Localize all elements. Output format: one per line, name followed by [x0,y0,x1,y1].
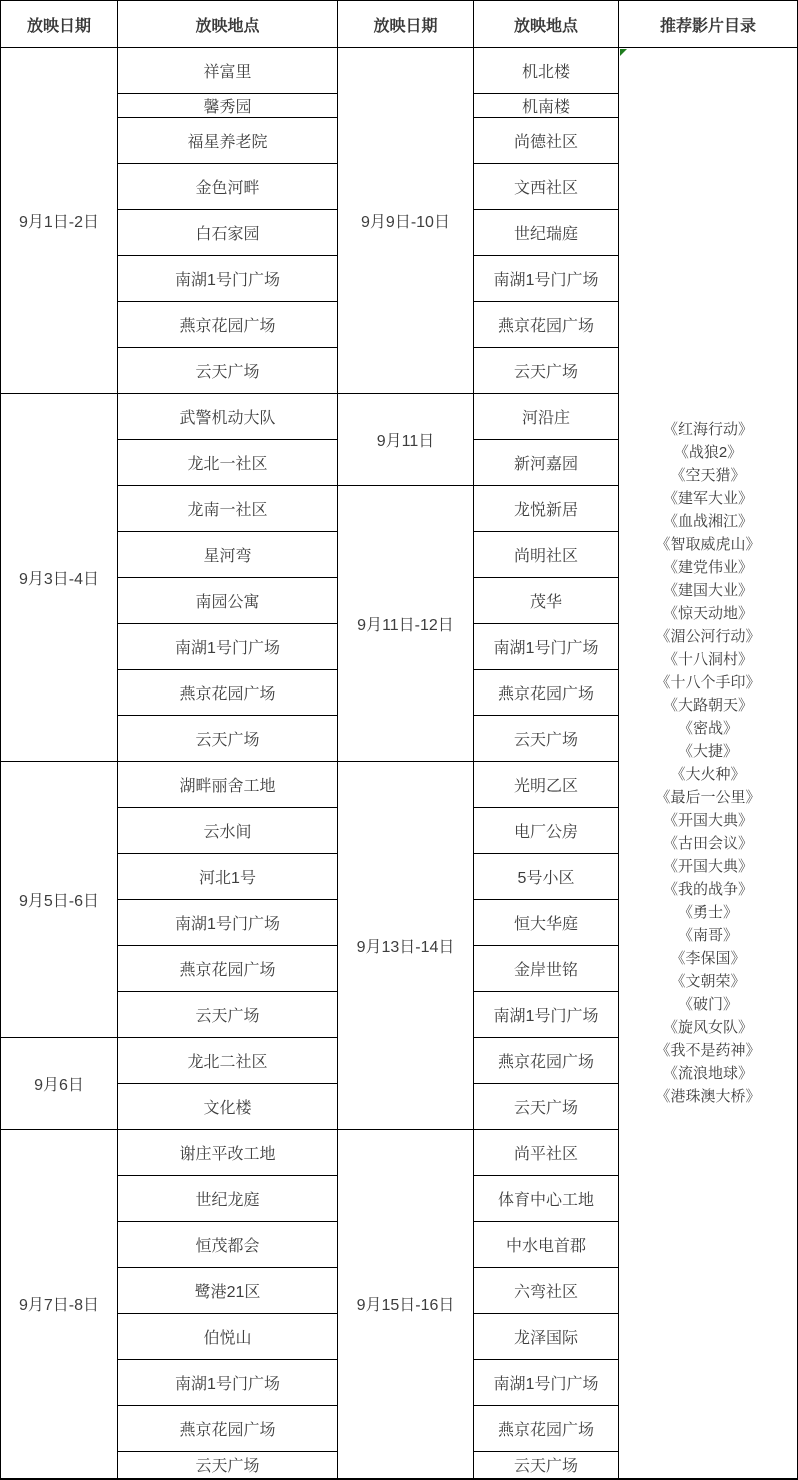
location-cell: 中水电首郡 [474,1222,619,1268]
location-cell: 云水间 [118,808,338,854]
location-cell: 六弯社区 [474,1268,619,1314]
location-cell: 云天广场 [118,992,338,1038]
movie-title: 《血战湘江》 [621,510,795,533]
movie-title: 《破门》 [621,993,795,1016]
movie-title: 《密战》 [621,717,795,740]
location-cell: 南湖1号门广场 [118,256,338,302]
table-row: 9月1日-2日 祥富里 9月9日-10日 机北楼 《红海行动》 《战狼2》 《空… [1,48,798,94]
location-cell: 燕京花园广场 [474,1406,619,1452]
location-cell: 尚明社区 [474,532,619,578]
movie-title: 《南哥》 [621,924,795,947]
location-cell: 南园公寓 [118,578,338,624]
location-cell: 世纪龙庭 [118,1176,338,1222]
location-cell: 光明乙区 [474,762,619,808]
location-cell: 湖畔丽舍工地 [118,762,338,808]
movie-title: 《开国大典》 [621,809,795,832]
movie-catalog-cell: 《红海行动》 《战狼2》 《空天猎》 《建军大业》 《血战湘江》 《智取威虎山》… [619,48,798,1479]
movie-title: 《李保国》 [621,947,795,970]
location-cell: 燕京花园广场 [118,302,338,348]
location-cell: 云天广场 [118,348,338,394]
location-cell: 南湖1号门广场 [118,624,338,670]
location-cell: 恒大华庭 [474,900,619,946]
header-movie-catalog: 推荐影片目录 [619,1,798,48]
location-cell: 馨秀园 [118,94,338,118]
movie-title: 《古田会议》 [621,832,795,855]
header-location-right: 放映地点 [474,1,619,48]
movie-title: 《港珠澳大桥》 [621,1085,795,1108]
date-cell: 9月11日-12日 [338,486,474,762]
location-cell: 谢庄平改工地 [118,1130,338,1176]
screening-schedule-table: 放映日期 放映地点 放映日期 放映地点 推荐影片目录 9月1日-2日 祥富里 9… [0,0,798,1480]
movie-title: 《十八洞村》 [621,648,795,671]
location-cell: 龙悦新居 [474,486,619,532]
location-cell: 云天广场 [118,1452,338,1479]
movie-title: 《勇士》 [621,901,795,924]
location-cell: 云天广场 [474,1452,619,1479]
location-cell: 体育中心工地 [474,1176,619,1222]
location-cell: 燕京花园广场 [474,1038,619,1084]
location-cell: 河沿庄 [474,394,619,440]
date-cell: 9月5日-6日 [1,762,118,1038]
location-cell: 5号小区 [474,854,619,900]
location-cell: 燕京花园广场 [474,302,619,348]
movie-title: 《大捷》 [621,740,795,763]
movie-title: 《建军大业》 [621,487,795,510]
location-cell: 世纪瑞庭 [474,210,619,256]
location-cell: 金色河畔 [118,164,338,210]
location-cell: 文化楼 [118,1084,338,1130]
location-cell: 茂华 [474,578,619,624]
screening-schedule-page: 放映日期 放映地点 放映日期 放映地点 推荐影片目录 9月1日-2日 祥富里 9… [0,0,798,1480]
date-cell: 9月13日-14日 [338,762,474,1130]
location-cell: 南湖1号门广场 [118,900,338,946]
location-cell: 燕京花园广场 [118,1406,338,1452]
location-cell: 鹭港21区 [118,1268,338,1314]
header-location-left: 放映地点 [118,1,338,48]
movie-title: 《湄公河行动》 [621,625,795,648]
movie-title: 《十八个手印》 [621,671,795,694]
movie-title: 《我不是药神》 [621,1039,795,1062]
location-cell: 恒茂都会 [118,1222,338,1268]
location-cell: 机北楼 [474,48,619,94]
movie-title: 《红海行动》 [621,418,795,441]
location-cell: 云天广场 [118,716,338,762]
location-cell: 祥富里 [118,48,338,94]
movie-title: 《最后一公里》 [621,786,795,809]
movie-title: 《空天猎》 [621,464,795,487]
location-cell: 南湖1号门广场 [118,1360,338,1406]
location-cell: 武警机动大队 [118,394,338,440]
location-cell: 云天广场 [474,348,619,394]
movie-title: 《开国大典》 [621,855,795,878]
location-cell: 文西社区 [474,164,619,210]
location-cell: 云天广场 [474,1084,619,1130]
movie-title: 《我的战争》 [621,878,795,901]
header-date-left: 放映日期 [1,1,118,48]
movie-title: 《智取威虎山》 [621,533,795,556]
location-cell: 南湖1号门广场 [474,1360,619,1406]
date-cell: 9月7日-8日 [1,1130,118,1479]
header-row: 放映日期 放映地点 放映日期 放映地点 推荐影片目录 [1,1,798,48]
location-cell: 龙北二社区 [118,1038,338,1084]
date-cell: 9月6日 [1,1038,118,1130]
location-cell: 南湖1号门广场 [474,992,619,1038]
location-cell: 尚德社区 [474,118,619,164]
location-cell: 白石家园 [118,210,338,256]
location-cell: 新河嘉园 [474,440,619,486]
location-cell: 伯悦山 [118,1314,338,1360]
location-cell: 电厂公房 [474,808,619,854]
location-cell: 燕京花园广场 [474,670,619,716]
movie-title: 《文朝荣》 [621,970,795,993]
date-cell: 9月3日-4日 [1,394,118,762]
green-corner-marker-icon [620,49,627,56]
location-cell: 云天广场 [474,716,619,762]
movie-title: 《建党伟业》 [621,556,795,579]
location-cell: 龙北一社区 [118,440,338,486]
location-cell: 金岸世铭 [474,946,619,992]
location-cell: 南湖1号门广场 [474,256,619,302]
movie-title: 《惊天动地》 [621,602,795,625]
location-cell: 燕京花园广场 [118,946,338,992]
location-cell: 龙泽国际 [474,1314,619,1360]
location-cell: 福星养老院 [118,118,338,164]
location-cell: 龙南一社区 [118,486,338,532]
date-cell: 9月9日-10日 [338,48,474,394]
location-cell: 星河弯 [118,532,338,578]
location-cell: 河北1号 [118,854,338,900]
movie-title: 《战狼2》 [621,441,795,464]
date-cell: 9月1日-2日 [1,48,118,394]
movie-title: 《建国大业》 [621,579,795,602]
location-cell: 机南楼 [474,94,619,118]
movie-title: 《大路朝天》 [621,694,795,717]
date-cell: 9月11日 [338,394,474,486]
header-date-right: 放映日期 [338,1,474,48]
movie-title: 《大火种》 [621,763,795,786]
location-cell: 燕京花园广场 [118,670,338,716]
movie-title: 《流浪地球》 [621,1062,795,1085]
location-cell: 尚平社区 [474,1130,619,1176]
date-cell: 9月15日-16日 [338,1130,474,1479]
movie-title: 《旋风女队》 [621,1016,795,1039]
location-cell: 南湖1号门广场 [474,624,619,670]
